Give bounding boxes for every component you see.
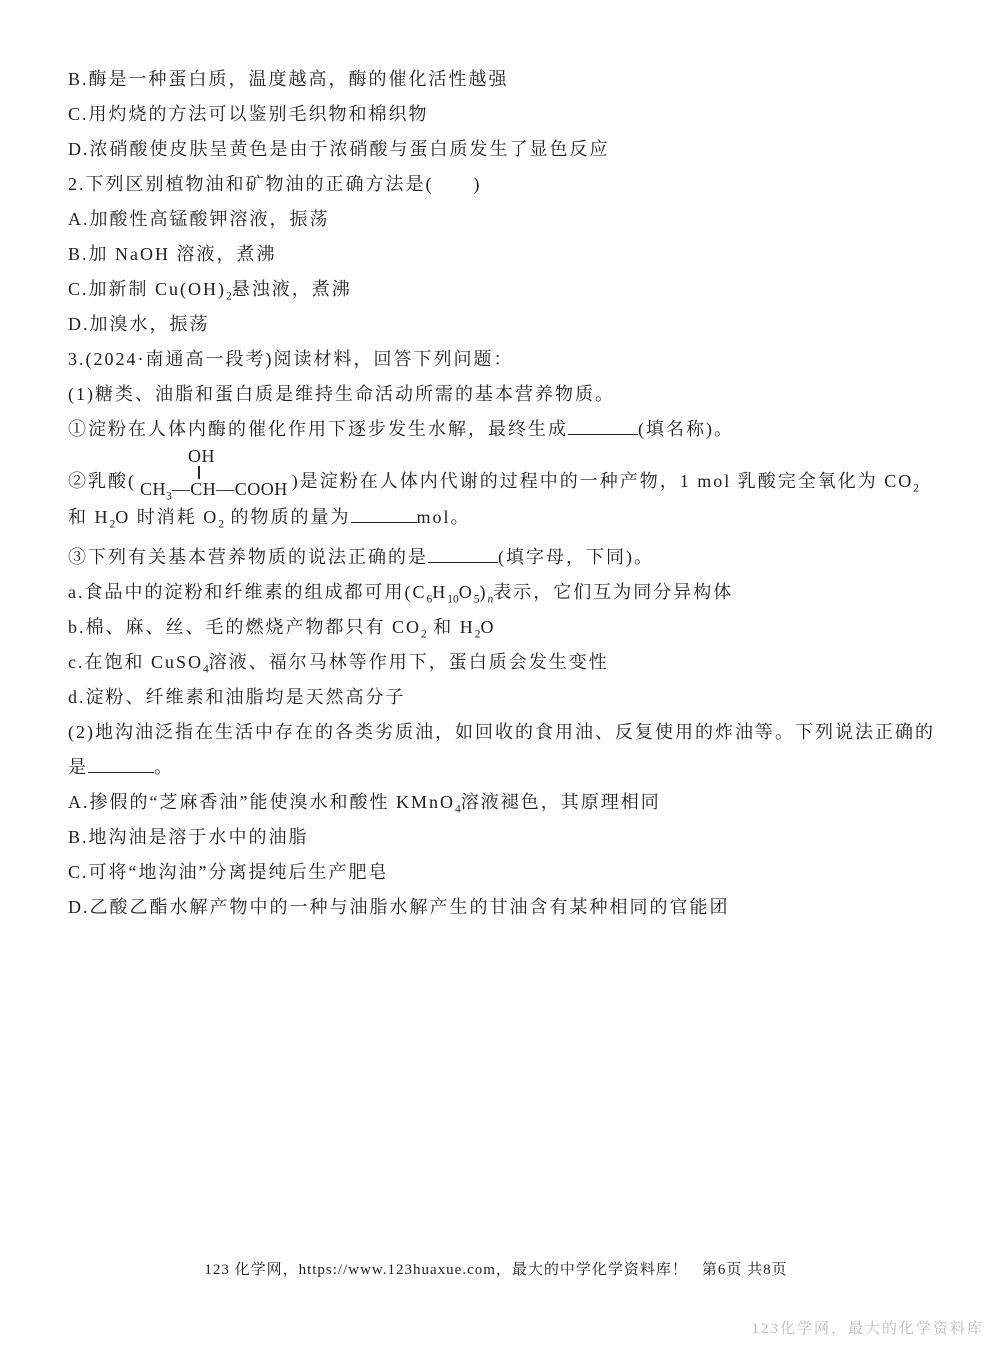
option-2D: D.加溴水，振荡 <box>68 307 968 342</box>
question-3-sub2-cont: 和 H2O 时消耗 O2 的物质的量为mol。 <box>68 500 968 535</box>
text-segment: 是 <box>68 757 88 777</box>
option-3c: c.在饱和 CuSO4溶液、福尔马林等作用下，蛋白质会发生变性 <box>68 645 968 680</box>
option-2C: C.加新制 Cu(OH)2悬浊液，煮沸 <box>68 272 968 307</box>
subscript: 2 <box>913 483 919 495</box>
question-3: 3.(2024·南通高一段考)阅读材料，回答下列问题： <box>68 342 968 377</box>
text-segment: C.可将“地沟油”分离提纯后生产肥皂 <box>68 862 388 882</box>
text-segment: 。 <box>154 757 174 777</box>
carbon-chain: CH3—CH—COOH <box>140 479 288 500</box>
option-1D: D.浓硝酸使皮肤呈黄色是由于浓硝酸与蛋白质发生了显色反应 <box>68 132 968 167</box>
text-segment: )是淀粉在人体内代谢的过程中的一种产物，1 mol 乳酸完全氧化为 CO <box>292 471 914 491</box>
option-3b: b.棉、麻、丝、毛的燃烧产物都只有 CO2 和 H2O <box>68 610 968 645</box>
question-3-sub3: ③下列有关基本营养物质的说法正确的是(填字母，下同)。 <box>68 540 968 575</box>
text-segment: O <box>459 582 474 602</box>
text-segment: (填字母，下同)。 <box>498 547 654 567</box>
footer-page-number: 第6页 共8页 <box>702 1262 788 1278</box>
text-segment: 溶液褪色，其原理相同 <box>461 792 661 812</box>
text-segment: B.加 NaOH 溶液，煮沸 <box>68 244 277 264</box>
text-segment: c.在饱和 CuSO <box>68 652 203 672</box>
text-segment: 表示，它们互为同分异构体 <box>493 582 733 602</box>
text-segment: (2)地沟油泛指在生活中存在的各类劣质油，如回收的食用油、反复使用的炸油等。下列… <box>68 722 935 742</box>
text-segment: ①淀粉在人体内酶的催化作用下逐步发生水解，最终生成 <box>68 419 568 439</box>
text-segment: 3.(2024·南通高一段考)阅读材料，回答下列问题： <box>68 349 513 369</box>
text-segment: 2.下列区别植物油和矿物油的正确方法是( ) <box>68 174 482 194</box>
option-2B: B.加 NaOH 溶液，煮沸 <box>68 237 968 272</box>
text-segment: A.加酸性高锰酸钾溶液，振荡 <box>68 209 330 229</box>
option-p2A: A.掺假的“芝麻香油”能使溴水和酸性 KMnO4溶液褪色，其原理相同 <box>68 785 968 820</box>
text-segment: ③下列有关基本营养物质的说法正确的是 <box>68 547 428 567</box>
text-segment: B.地沟油是溶于水中的油脂 <box>68 827 309 847</box>
option-3a: a.食品中的淀粉和纤维素的组成都可用(C6H10O5)n表示，它们互为同分异构体 <box>68 575 968 610</box>
question-3-sub1: ①淀粉在人体内酶的催化作用下逐步发生水解，最终生成(填名称)。 <box>68 412 968 447</box>
footer-site-info: 123 化学网，https://www.123huaxue.com，最大的中学化… <box>204 1262 688 1278</box>
text-segment: ②乳酸( <box>68 471 136 491</box>
text-segment: D.浓硝酸使皮肤呈黄色是由于浓硝酸与蛋白质发生了显色反应 <box>68 139 610 159</box>
text-segment: 悬浊液，煮沸 <box>232 279 352 299</box>
text-segment: C.用灼烧的方法可以鉴别毛织物和棉织物 <box>68 104 429 124</box>
question-text-block: B.酶是一种蛋白质，温度越高，酶的催化活性越强C.用灼烧的方法可以鉴别毛织物和棉… <box>68 62 968 925</box>
page-footer: 123 化学网，https://www.123huaxue.com，最大的中学化… <box>0 1258 992 1279</box>
text-segment: mol。 <box>417 507 471 527</box>
option-p2D: D.乙酸乙酯水解产物中的一种与油脂水解产生的甘油含有某种相同的官能团 <box>68 890 968 925</box>
text-segment: d.淀粉、纤维素和油脂均是天然高分子 <box>68 687 406 707</box>
option-1B: B.酶是一种蛋白质，温度越高，酶的催化活性越强 <box>68 62 968 97</box>
text-segment: 和 H <box>427 617 475 637</box>
lactic-acid-structure: OHCH3—CH—COOH <box>140 447 288 500</box>
text-segment: O 时消耗 O <box>115 507 218 527</box>
question-3-part2: (2)地沟油泛指在生活中存在的各类劣质油，如回收的食用油、反复使用的炸油等。下列… <box>68 715 968 750</box>
option-p2B: B.地沟油是溶于水中的油脂 <box>68 820 968 855</box>
option-p2C: C.可将“地沟油”分离提纯后生产肥皂 <box>68 855 968 890</box>
subscript: 10 <box>447 594 459 606</box>
text-segment: A.掺假的“芝麻香油”能使溴水和酸性 KMnO <box>68 792 455 812</box>
answer-blank <box>351 507 417 523</box>
answer-blank <box>428 547 498 563</box>
answer-blank <box>568 419 638 435</box>
option-1C: C.用灼烧的方法可以鉴别毛织物和棉织物 <box>68 97 968 132</box>
text-segment: (1)糖类、油脂和蛋白质是维持生命活动所需的基本营养物质。 <box>68 384 615 404</box>
text-segment: 溶液、福尔马林等作用下，蛋白质会发生变性 <box>209 652 609 672</box>
watermark: 123化学网，最大的化学资料库 <box>751 1317 984 1338</box>
text-segment: (填名称)。 <box>638 419 734 439</box>
option-2A: A.加酸性高锰酸钾溶液，振荡 <box>68 202 968 237</box>
text-segment: D.乙酸乙酯水解产物中的一种与油脂水解产生的甘油含有某种相同的官能团 <box>68 897 730 917</box>
question-3-part1: (1)糖类、油脂和蛋白质是维持生命活动所需的基本营养物质。 <box>68 377 968 412</box>
text-segment: B.酶是一种蛋白质，温度越高，酶的催化活性越强 <box>68 69 509 89</box>
answer-blank <box>88 757 154 773</box>
text-segment: ) <box>480 582 488 602</box>
text-segment: H <box>432 582 447 602</box>
text-segment: b.棉、麻、丝、毛的燃烧产物都只有 CO <box>68 617 421 637</box>
text-segment: D.加溴水，振荡 <box>68 314 210 334</box>
text-segment: C.加新制 Cu(OH) <box>68 279 226 299</box>
text-segment: a.食品中的淀粉和纤维素的组成都可用(C <box>68 582 427 602</box>
question-3-sub2: ②乳酸(OHCH3—CH—COOH)是淀粉在人体内代谢的过程中的一种产物，1 m… <box>68 447 968 500</box>
question-2: 2.下列区别植物油和矿物油的正确方法是( ) <box>68 167 968 202</box>
question-3-part2-cont: 是。 <box>68 750 968 785</box>
option-3d: d.淀粉、纤维素和油脂均是天然高分子 <box>68 680 968 715</box>
hydroxyl-label: OH <box>188 447 288 466</box>
bond-line <box>198 466 200 479</box>
text-segment: O <box>481 617 496 637</box>
text-segment: 的物质的量为 <box>224 507 351 527</box>
text-segment: 和 H <box>68 507 110 527</box>
